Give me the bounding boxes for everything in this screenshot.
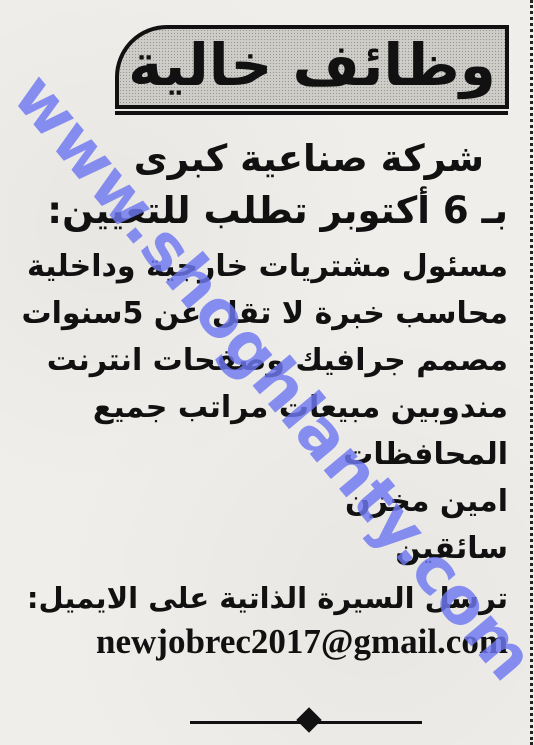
job-item-accountant: محاسب خبرة لا تقل عن 5سنوات bbox=[38, 290, 508, 337]
apply-instruction: ترسل السيرة الذاتية على الايميل: bbox=[38, 576, 508, 620]
company-location-request: بـ 6 أكتوبر تطلب للتعيين: bbox=[38, 185, 508, 237]
job-item-purchasing-officer: مسئول مشتريات خارجية وداخلية bbox=[38, 243, 508, 290]
job-item-graphic-designer: مصمم جرافيك وصفحات انترنت bbox=[38, 337, 508, 384]
section-title: وظائف خالية bbox=[128, 36, 496, 94]
jobs-list: مسئول مشتريات خارجية وداخلية محاسب خبرة … bbox=[38, 243, 508, 572]
contact-email: newjobrec2017@gmail.com bbox=[38, 620, 508, 664]
job-item-storekeeper: امين مخزن bbox=[38, 478, 508, 525]
ad-body: شركة صناعية كبرى بـ 6 أكتوبر تطلب للتعيي… bbox=[38, 133, 508, 664]
section-title-box: وظائف خالية bbox=[115, 25, 509, 109]
title-underline-rule bbox=[115, 111, 508, 115]
column-dotted-border bbox=[530, 0, 533, 745]
job-item-sales-reps-continued: المحافظات bbox=[38, 431, 508, 478]
job-item-drivers: سائقين bbox=[38, 525, 508, 572]
job-item-sales-reps: مندوبين مبيعات مراتب جميع bbox=[38, 384, 508, 431]
company-description: شركة صناعية كبرى bbox=[38, 133, 484, 185]
